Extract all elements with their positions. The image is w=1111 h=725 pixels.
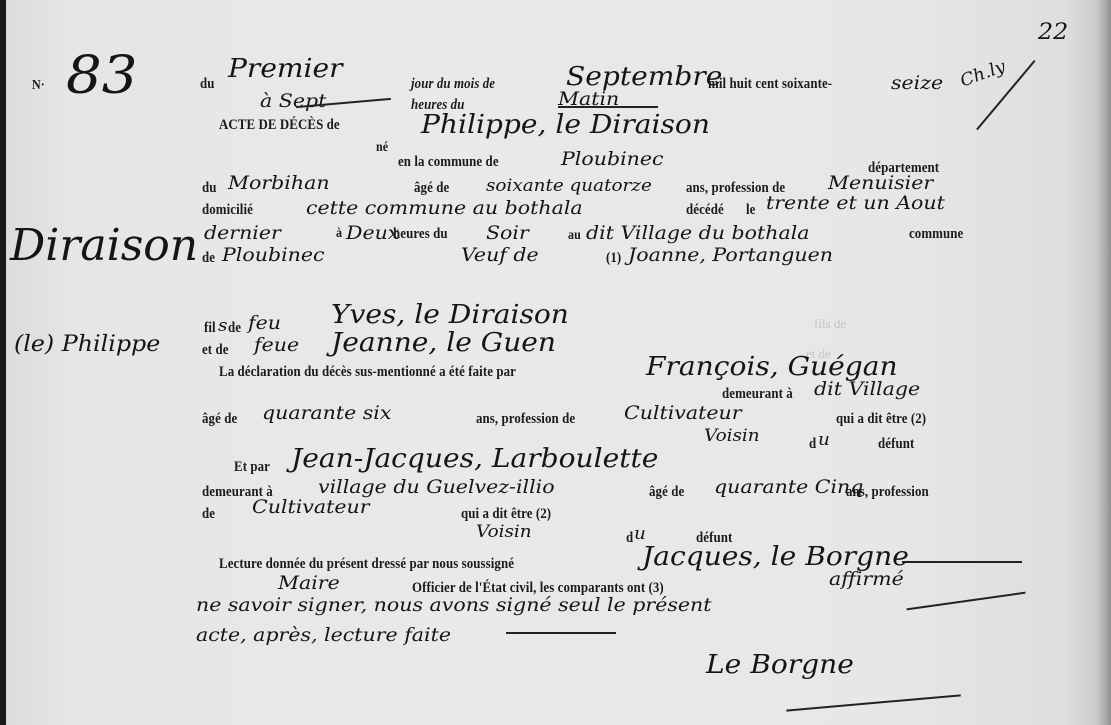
page-number: 22 bbox=[1038, 20, 1068, 45]
label-du: du bbox=[200, 76, 215, 93]
father-prefix: feu bbox=[248, 312, 281, 334]
declarant-1-profession: Cultivateur bbox=[624, 402, 742, 424]
label-de-profession: de bbox=[202, 506, 215, 523]
label-commune-2: commune bbox=[909, 226, 963, 243]
closing-stroke bbox=[906, 592, 1025, 610]
birth-commune-value: Ploubinec bbox=[561, 148, 663, 170]
declarant-2-residence: village du Guelvez-illio bbox=[318, 476, 555, 498]
label-du-2: d bbox=[626, 530, 633, 547]
label-acte-de-deces: ACTE DE DÉCÈS de bbox=[219, 117, 340, 134]
label-demeurant-a: demeurant à bbox=[722, 386, 793, 403]
closing-affirme: affirmé bbox=[829, 568, 904, 590]
label-a: à bbox=[336, 226, 342, 242]
label-ans-profession: ans, profession bbox=[846, 484, 929, 501]
label-age-de-2: âgé de bbox=[202, 411, 237, 428]
marital-status-value: Veuf de bbox=[461, 244, 539, 266]
closing-line-2: ne savoir signer, nous avons signé seul … bbox=[196, 594, 712, 616]
declarant-2-relation: Voisin bbox=[476, 522, 532, 542]
death-place-value: dit Village du bothala bbox=[586, 222, 810, 244]
label-profession-2: ans, profession de bbox=[476, 411, 575, 428]
hour-value: à Sept bbox=[260, 90, 326, 112]
father-value: Yves, le Diraison bbox=[331, 300, 569, 330]
spouse-value: Joanne, Portanguen bbox=[628, 244, 833, 266]
label-de-commune: de bbox=[202, 250, 215, 267]
label-age-de-3: âgé de bbox=[649, 484, 684, 501]
closing-line-3: acte, après, lecture faite bbox=[196, 624, 451, 646]
label-lecture: Lecture donnée du présent dressé par nou… bbox=[219, 556, 514, 573]
label-declaration: La déclaration du décès sus-mentionné a … bbox=[219, 364, 516, 381]
officer-title-value: Maire bbox=[278, 572, 340, 594]
label-au: au bbox=[568, 228, 581, 244]
declarant-2-profession: Cultivateur bbox=[252, 496, 370, 518]
mother-prefix: feue bbox=[254, 334, 299, 356]
time-underline bbox=[558, 106, 658, 108]
signature-underline bbox=[786, 694, 960, 711]
label-qui-a-dit-etre-2: qui a dit être (2) bbox=[461, 506, 551, 523]
bleed-through-text: fils de bbox=[814, 316, 846, 332]
label-domicilie: domicilié bbox=[202, 202, 253, 219]
record-number: 83 bbox=[66, 46, 137, 106]
footnote-1: (1) bbox=[606, 250, 621, 267]
declarant-1-residence: dit Village bbox=[814, 378, 920, 400]
corner-annotation: Ch.ly bbox=[958, 57, 1009, 92]
label-qui-a-dit-etre: qui a dit être (2) bbox=[836, 411, 926, 428]
officer-underline bbox=[902, 561, 1022, 563]
age-value: soixante quatorze bbox=[486, 176, 652, 196]
margin-surname: Diraison bbox=[10, 220, 198, 271]
death-date-value: trente et un Aout bbox=[766, 192, 945, 214]
day-value: Premier bbox=[228, 54, 343, 84]
year-suffix-value: seize bbox=[891, 72, 943, 94]
du-suffix-1: u bbox=[818, 430, 830, 450]
death-record-page: 22 Ch.ly N· 83 du Premier jour du mois d… bbox=[6, 0, 1111, 725]
page-edge-shadow bbox=[1097, 0, 1111, 725]
officer-signature: Le Borgne bbox=[706, 650, 854, 680]
declarant-2-value: Jean-Jacques, Larboulette bbox=[291, 444, 658, 474]
label-defunt: défunt bbox=[878, 436, 914, 453]
label-commune: en la commune de bbox=[398, 154, 499, 171]
label-heures-du-2: heures du bbox=[393, 226, 448, 243]
number-label: N· bbox=[32, 78, 45, 94]
declarant-1-relation: Voisin bbox=[704, 426, 760, 446]
deceased-name-value: Philippe, le Diraison bbox=[421, 110, 710, 140]
label-ne: né bbox=[376, 140, 388, 156]
margin-given-name: (le) Philippe bbox=[14, 332, 160, 357]
death-hour-value: Deux bbox=[346, 222, 399, 244]
label-du-1: d bbox=[809, 436, 816, 453]
du-suffix-2: u bbox=[634, 524, 646, 544]
death-commune-value: Ploubinec bbox=[222, 244, 324, 266]
label-fil: fil bbox=[204, 320, 216, 337]
label-decede: décédé bbox=[686, 202, 724, 219]
death-time-value: Soir bbox=[486, 222, 529, 244]
label-et-de: et de bbox=[202, 342, 229, 359]
label-age-de: âgé de bbox=[414, 180, 449, 197]
fils-suffix: s bbox=[218, 316, 227, 336]
closing-underline bbox=[506, 632, 616, 634]
department-value: Morbihan bbox=[228, 172, 330, 194]
label-et-par: Et par bbox=[234, 459, 270, 476]
profession-value: Menuisier bbox=[828, 172, 933, 194]
label-year: mil huit cent soixante- bbox=[708, 76, 832, 93]
label-jour-du-mois: jour du mois de bbox=[411, 76, 495, 93]
declarant-2-age: quarante Cinq bbox=[714, 476, 863, 498]
death-date-continued: dernier bbox=[204, 222, 281, 244]
label-le: le bbox=[746, 202, 755, 219]
domicile-value: cette commune au bothala bbox=[306, 197, 583, 219]
label-de-father: de bbox=[228, 320, 241, 337]
mother-value: Jeanne, le Guen bbox=[331, 328, 556, 358]
label-du-dept: du bbox=[202, 180, 217, 197]
declarant-1-age: quarante six bbox=[262, 402, 391, 424]
